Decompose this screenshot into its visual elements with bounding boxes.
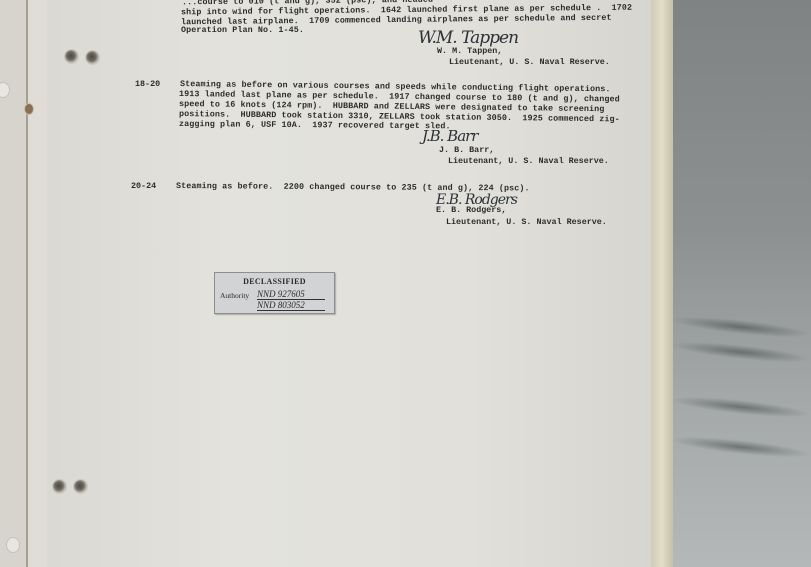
surface-stain [670, 433, 811, 462]
binder-hole [52, 479, 67, 494]
entry-3-time: 20-24 [131, 181, 156, 191]
binder-hole [0, 82, 10, 98]
binder-hole [73, 479, 88, 494]
page-stack-edge [651, 0, 673, 567]
underlying-page-edge [26, 0, 49, 567]
entry-1-signer-title: Lieutenant, U. S. Naval Reserve. [449, 57, 610, 67]
surface-stain [670, 393, 811, 422]
entry-1-signature: W.M. Tappen [418, 28, 518, 48]
binder-hole [24, 103, 34, 115]
entry-3-signer-name: E. B. Rodgers, [436, 205, 506, 215]
entry-2-signature: J.B. Barr [422, 127, 477, 145]
stamp-authority-value-1: NND 927605 [257, 289, 325, 300]
entry-2-signer-name: J. B. Barr, [439, 145, 494, 155]
underlying-page-left [0, 0, 27, 567]
binder-hole [64, 49, 79, 64]
surface-stain [670, 338, 811, 367]
declassified-stamp: DECLASSIFIED Authority NND 927605 NND 80… [214, 272, 335, 314]
entry-2-signer-title: Lieutenant, U. S. Naval Reserve. [448, 156, 609, 166]
entry-1-line-3: Operation Plan No. 1-45. [181, 25, 304, 36]
binder-hole [6, 537, 20, 553]
stamp-authority-label: Authority [220, 291, 249, 300]
entry-2-time: 18-20 [135, 79, 160, 89]
entry-3-signer-title: Lieutenant, U. S. Naval Reserve. [446, 217, 607, 227]
stamp-authority-value-2: NND 803052 [257, 300, 325, 311]
entry-1-signer-name: W. M. Tappen, [437, 46, 502, 56]
stamp-title: DECLASSIFIED [215, 277, 334, 286]
binder-hole [85, 50, 100, 65]
background-surface [670, 0, 811, 567]
surface-stain [670, 313, 811, 342]
